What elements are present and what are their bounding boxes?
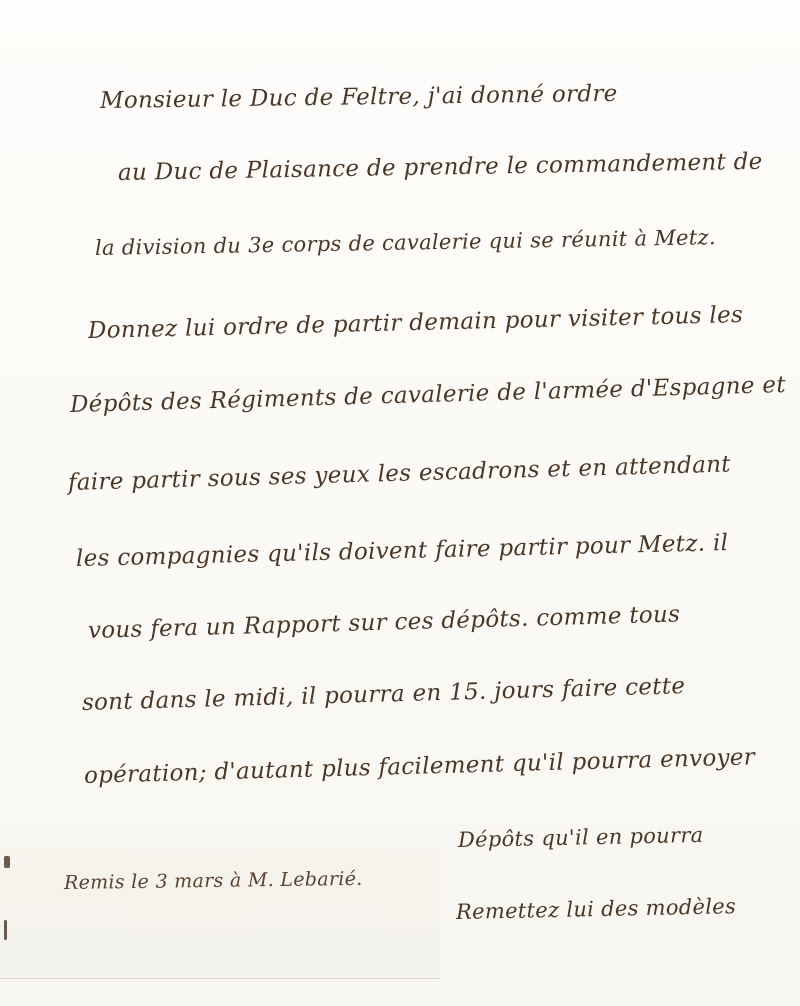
letter-line-7: les compagnies qu'ils doivent faire part…	[76, 530, 729, 572]
letter-line-11: Dépôts qu'il en pourra	[458, 823, 704, 852]
letter-line-3: la division du 3e corps de cavalerie qui…	[95, 225, 716, 260]
letter-line-9: sont dans le midi, il pourra en 15. jour…	[82, 673, 686, 716]
letter-line-2: au Duc de Plaisance de prendre le comman…	[118, 149, 763, 186]
letter-line-10: opération; d'autant plus facilement qu'i…	[84, 744, 756, 789]
binding-mark	[4, 856, 10, 868]
letter-line-4: Donnez lui ordre de partir demain pour v…	[88, 302, 744, 344]
letter-page: Monsieur le Duc de Feltre, j'ai donné or…	[0, 0, 800, 1006]
paper-fold-region	[0, 848, 440, 979]
letter-line-5: Dépôts des Régiments de cavalerie de l'a…	[70, 372, 787, 418]
letter-line-12: Remettez lui des modèles	[456, 894, 737, 924]
letter-line-6: faire partir sous ses yeux les escadrons…	[68, 451, 732, 496]
binding-mark	[4, 920, 7, 940]
margin-note: Remis le 3 mars à M. Lebarié.	[64, 868, 363, 894]
letter-line-8: vous fera un Rapport sur ces dépôts. com…	[88, 601, 681, 644]
letter-line-1: Monsieur le Duc de Feltre, j'ai donné or…	[100, 81, 618, 114]
